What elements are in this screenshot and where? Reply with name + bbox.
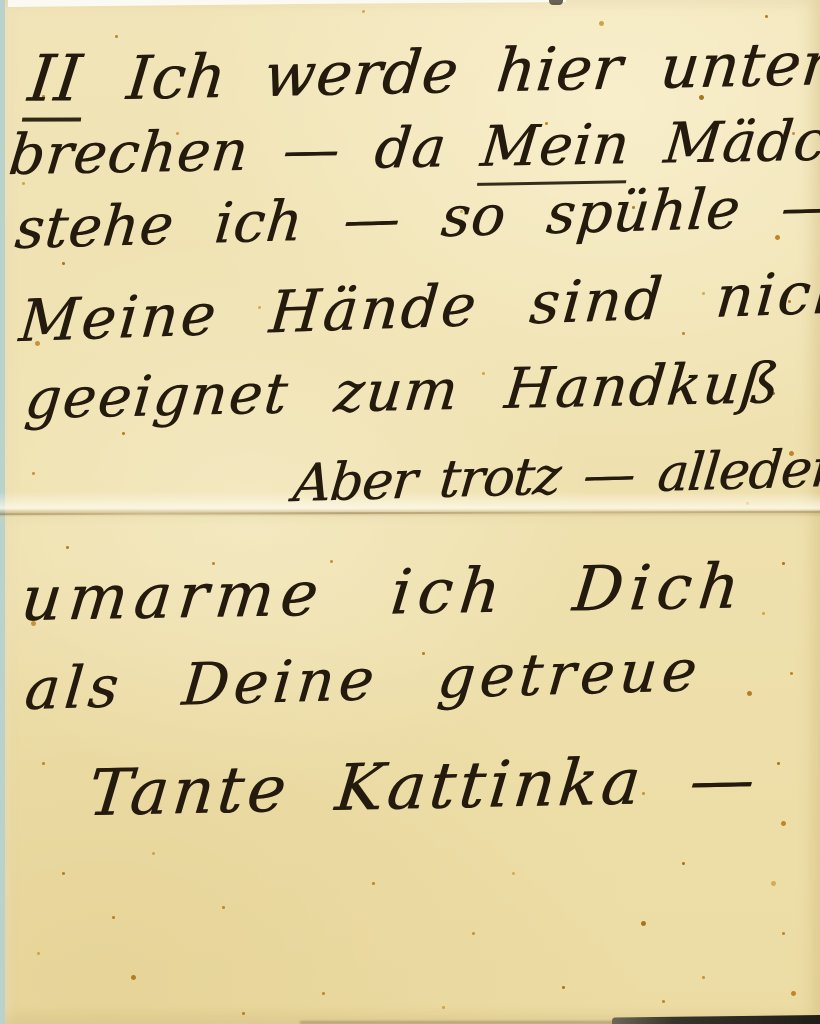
signature-text: Tante Kattinka — [85, 743, 762, 831]
handwriting-line-2: brechen — da Mein Mädchen [6, 112, 820, 184]
handwriting-line-6: Aber trotz — alledem [291, 442, 820, 510]
line-2-text-post: Mädchen [626, 107, 820, 177]
handwriting-line-8: als Deine getreue [23, 641, 705, 718]
handwriting-line-9-signature: Tante Kattinka — [85, 748, 761, 826]
line-2-text-pre: brechen — da [6, 115, 485, 188]
handwriting-line-5: geeignet zum Handkuß – [22, 355, 820, 429]
scan-top-notch [549, 0, 563, 5]
section-numeral: II [22, 47, 89, 121]
scanned-letter-page: IIIch werde hier unter brechen — da Mein… [0, 0, 820, 1024]
scan-bottom-edge [612, 1015, 820, 1024]
foxing-spots [0, 0, 3, 3]
line-1-text: Ich werde hier unter [124, 29, 820, 114]
line-2-underlined-word: Mein [477, 112, 633, 186]
line-7-text: umarme ich Dich [18, 549, 749, 635]
handwriting-line-7: umarme ich Dich [18, 555, 748, 630]
